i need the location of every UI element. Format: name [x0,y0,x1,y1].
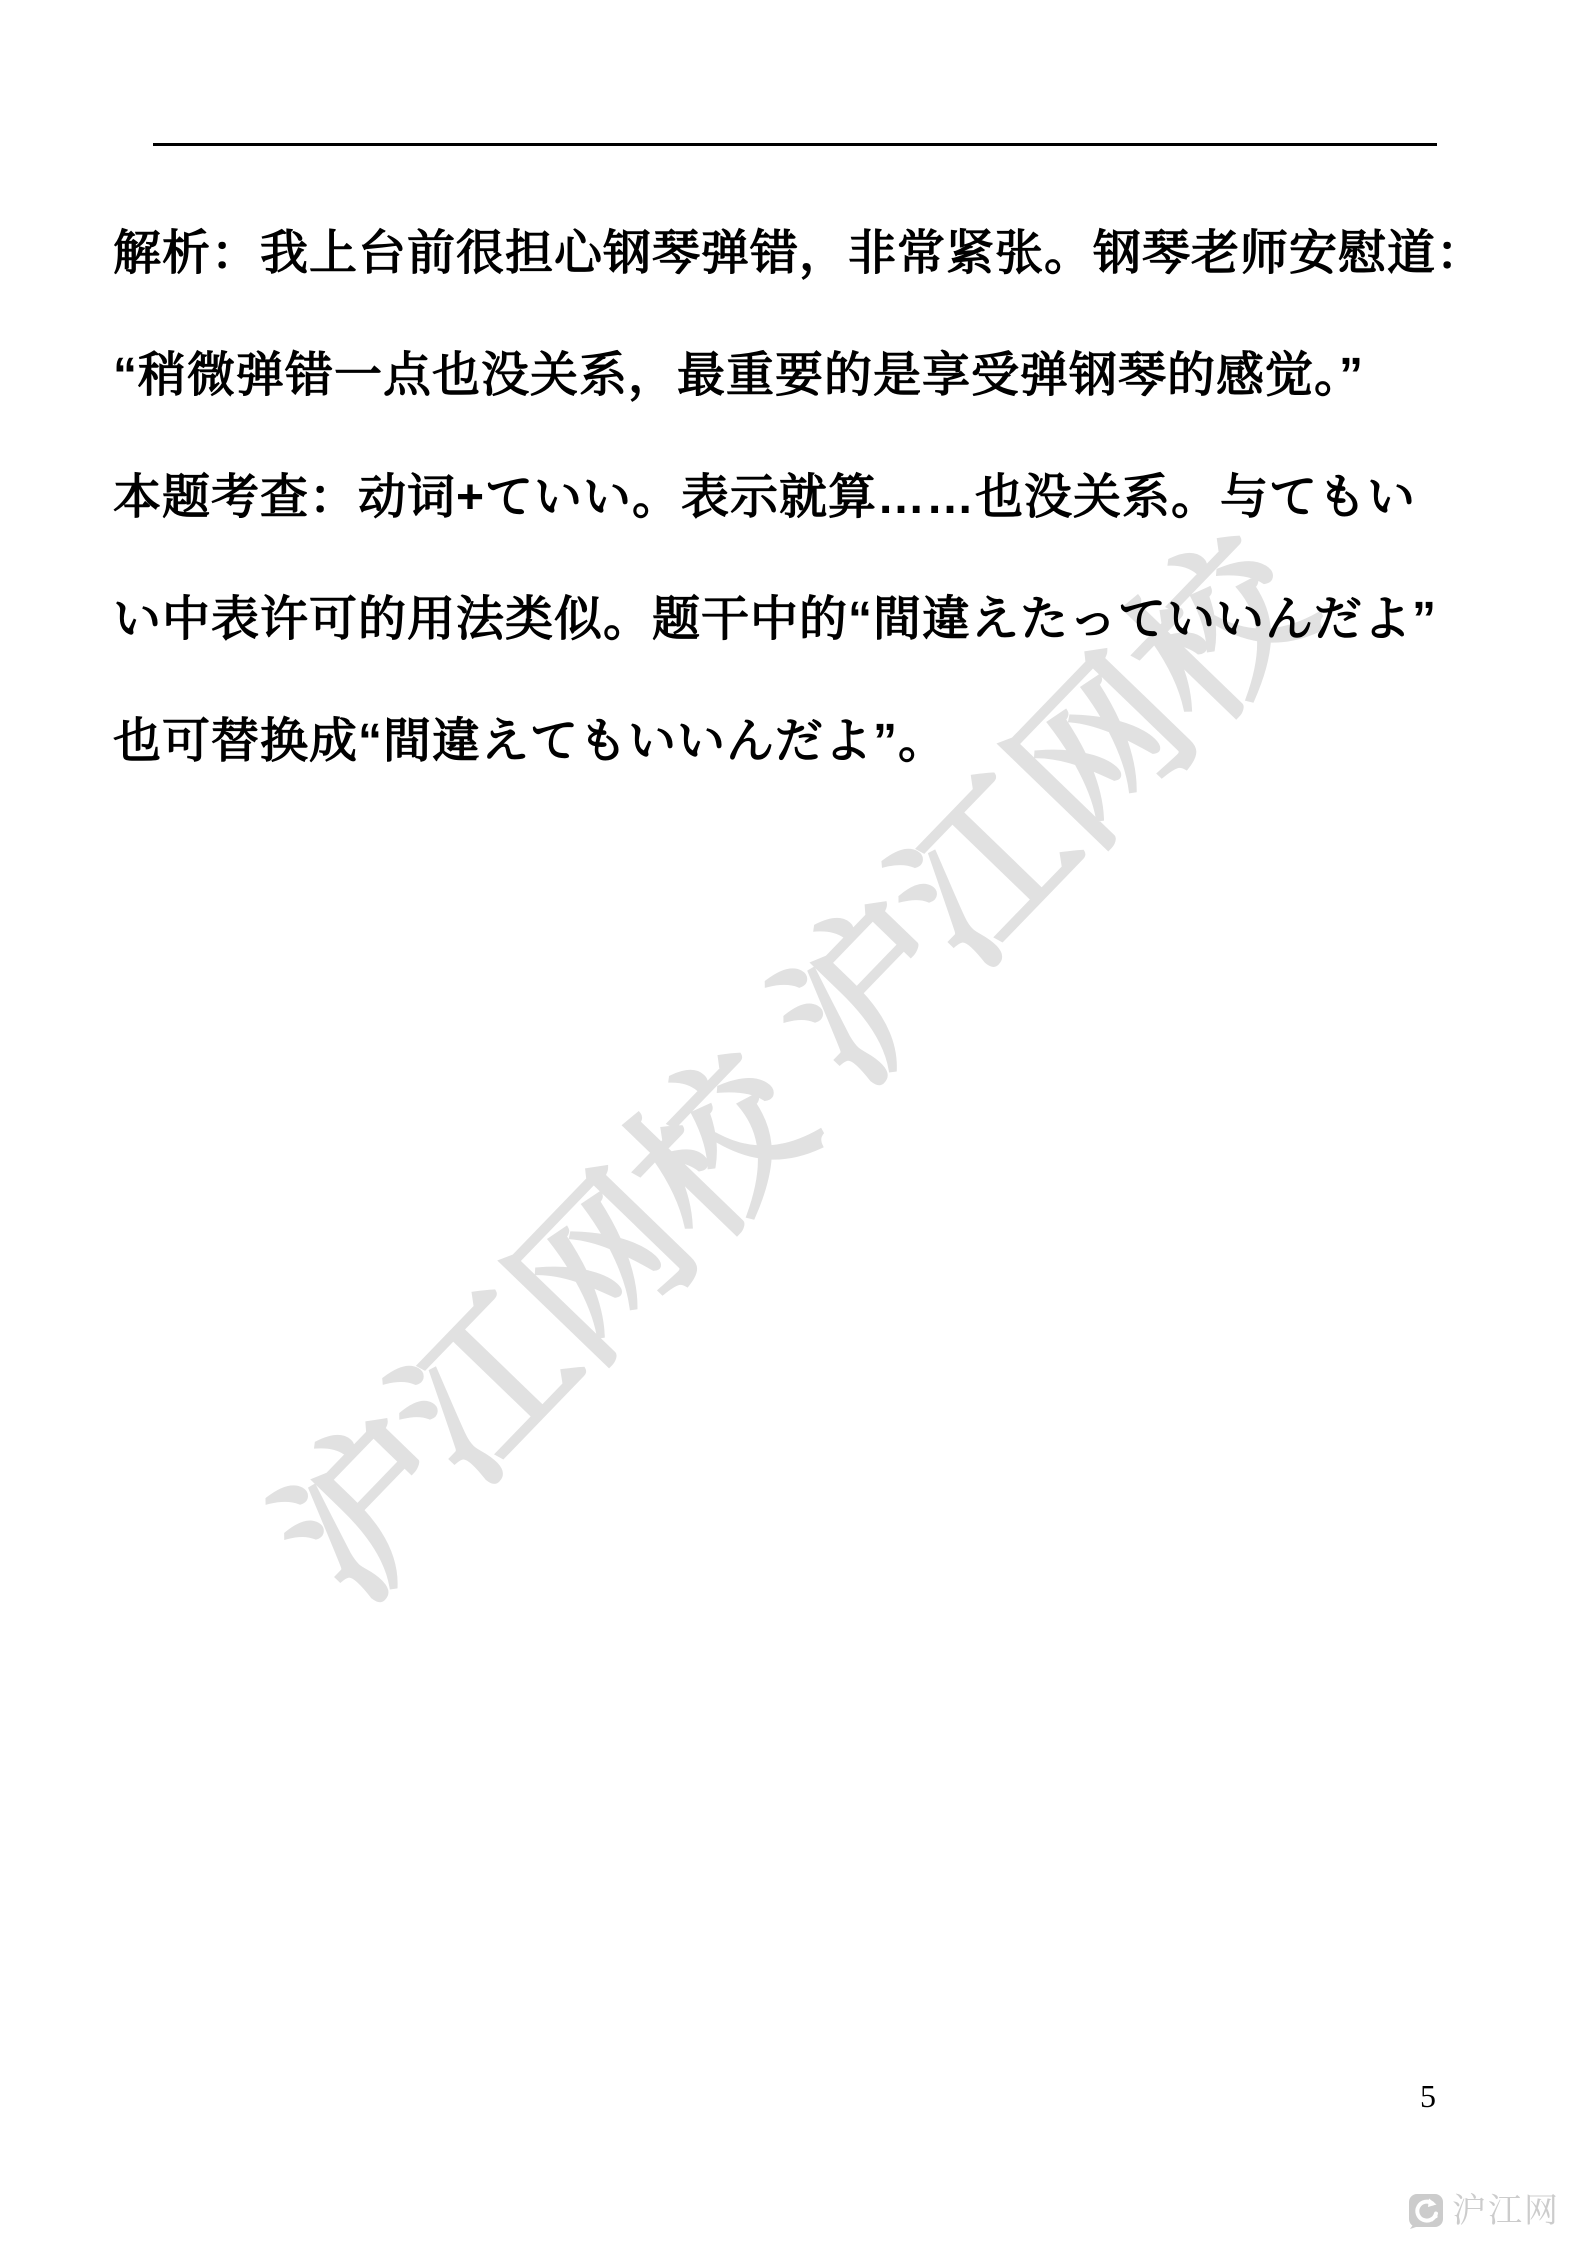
header-rule [153,143,1437,146]
document-page: 沪江网校 沪江网校 解析：我上台前很担心钢琴弹错，非常紧张。钢琴老师安慰道： “… [0,0,1587,2245]
text-line: 也可替换成“間違えてもいいんだよ”。 [113,681,1485,803]
hujiang-logo: 沪江网 [1408,2193,1560,2229]
page-number: 5 [1420,2078,1436,2115]
text-line: 本题考查：动词+ていい。表示就算……也没关系。与てもい [113,437,1485,559]
text-line: “稍微弹错一点也没关系，最重要的是享受弹钢琴的感觉。” [113,315,1485,437]
text-line: い中表许可的用法类似。题干中的“間違えたっていいんだよ” [113,559,1485,681]
hujiang-logo-label: 沪江网 [1452,2193,1560,2229]
answer-explanation: 解析：我上台前很担心钢琴弹错，非常紧张。钢琴老师安慰道： “稍微弹错一点也没关系… [113,193,1485,803]
hujiang-bubble-icon [1408,2193,1444,2229]
text-line: 解析：我上台前很担心钢琴弹错，非常紧张。钢琴老师安慰道： [113,193,1485,315]
